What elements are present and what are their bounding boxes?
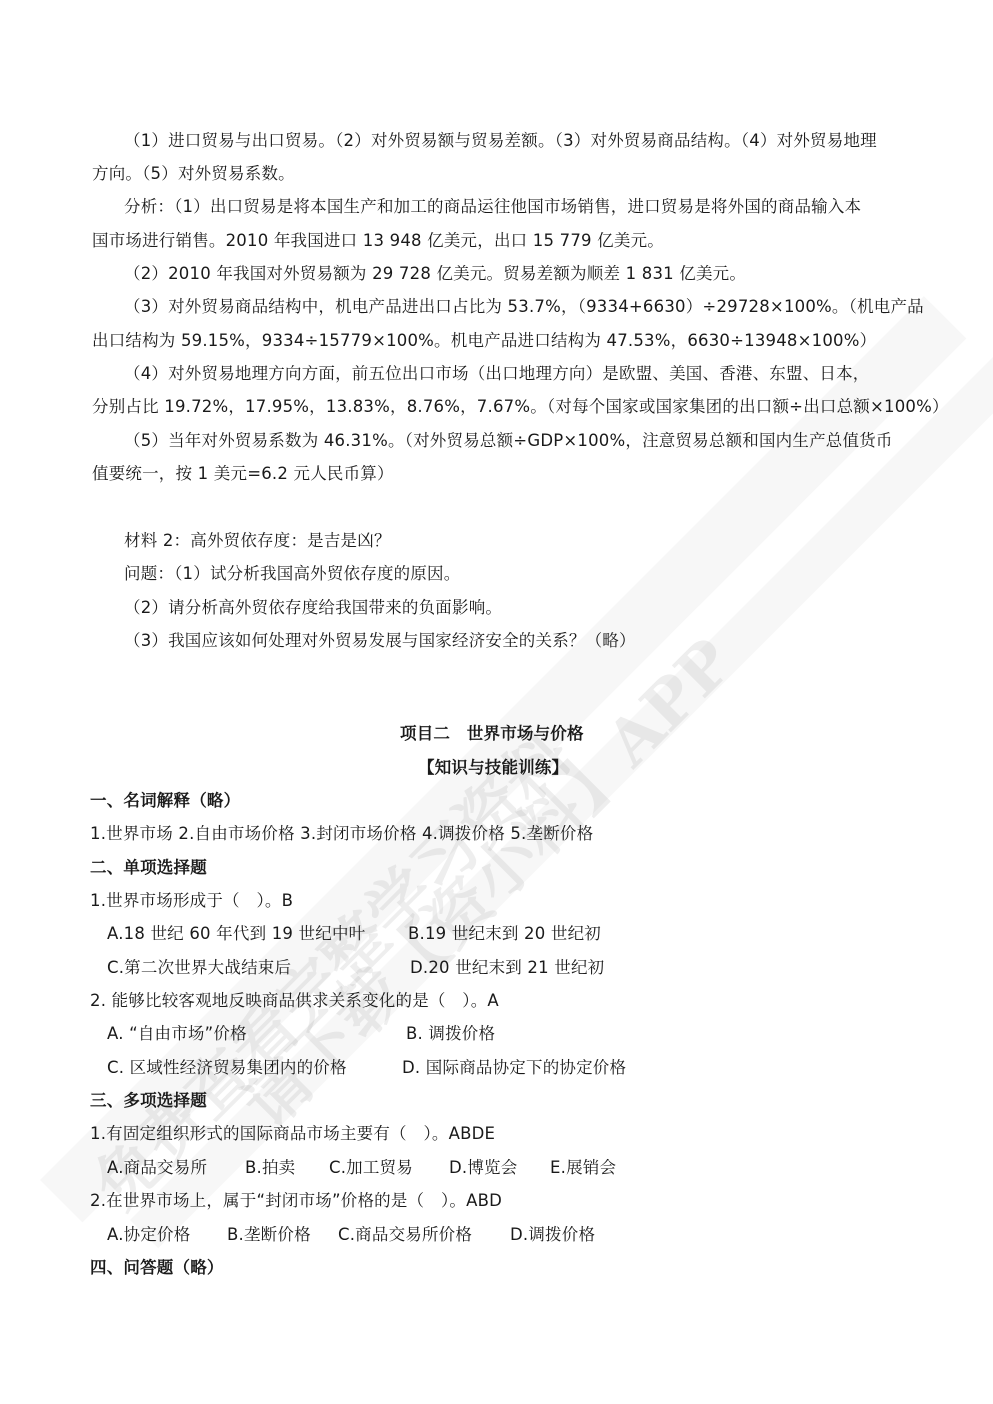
option: B.19 世纪末到 20 世纪初 — [408, 923, 601, 945]
option: A. “自由市场”价格 — [107, 1023, 247, 1045]
analysis-line: 分别占比 19.72%，17.95%，13.83%，8.76%，7.67%。（对… — [92, 396, 949, 418]
project-subtitle: 【知识与技能训练】 — [418, 757, 568, 779]
section-heading: 三、多项选择题 — [90, 1090, 207, 1112]
question-stem: 2.在世界市场上，属于“封闭市场”价格的是（ ）。ABD — [90, 1190, 502, 1212]
answer-line: （1）进口贸易与出口贸易。（2）对外贸易额与贸易差额。（3）对外贸易商品结构。（… — [124, 130, 877, 152]
option: C. 区域性经济贸易集团内的价格 — [107, 1057, 347, 1079]
section-heading: 二、单项选择题 — [90, 857, 207, 879]
material-2-question: （2）请分析高外贸依存度给我国带来的负面影响。 — [124, 597, 502, 619]
option: C.第二次世界大战结束后 — [107, 957, 291, 979]
answer-line: 方向。（5）对外贸易系数。 — [92, 163, 295, 185]
option: A.协定价格 — [107, 1224, 190, 1246]
analysis-line: （3）对外贸易商品结构中，机电产品进出口占比为 53.7%，（9334+6630… — [124, 296, 924, 318]
analysis-line: （5）当年对外贸易系数为 46.31%。（对外贸易总额÷GDP×100%，注意贸… — [124, 430, 893, 452]
analysis-line: （2）2010 年我国对外贸易额为 29 728 亿美元。贸易差额为顺差 1 8… — [124, 263, 746, 285]
document-page: 免费查看完整学习资料 请下载【资小料】APP （1）进口贸易与出口贸易。（2）对… — [0, 0, 993, 1404]
material-2-title: 材料 2：高外贸依存度：是吉是凶？ — [124, 530, 391, 552]
option: D.调拨价格 — [510, 1224, 595, 1246]
option: A.18 世纪 60 年代到 19 世纪中叶 — [107, 923, 365, 945]
option: C.商品交易所价格 — [338, 1224, 472, 1246]
option: B. 调拨价格 — [406, 1023, 495, 1045]
option: D.博览会 — [449, 1157, 517, 1179]
material-2-question: 问题：（1）试分析我国高外贸依存度的原因。 — [124, 563, 460, 585]
analysis-line: 分析：（1）出口贸易是将本国生产和加工的商品运往他国市场销售，进口贸易是将外国的… — [124, 196, 861, 218]
option: E.展销会 — [550, 1157, 616, 1179]
option: B.垄断价格 — [227, 1224, 311, 1246]
question-stem: 2. 能够比较客观地反映商品供求关系变化的是（ ）。A — [90, 990, 499, 1012]
section-heading: 四、问答题（略） — [90, 1257, 224, 1279]
option: B.拍卖 — [245, 1157, 295, 1179]
question-stem: 1.世界市场形成于（ ）。B — [90, 890, 293, 912]
option: A.商品交易所 — [107, 1157, 207, 1179]
section-heading: 一、名词解释（略） — [90, 790, 240, 812]
question-stem: 1.有固定组织形式的国际商品市场主要有（ ）。ABDE — [90, 1123, 495, 1145]
analysis-line: （4）对外贸易地理方向方面，前五位出口市场（出口地理方向）是欧盟、美国、香港、东… — [124, 363, 870, 385]
term-list: 1.世界市场 2.自由市场价格 3.封闭市场价格 4.调拨价格 5.垄断价格 — [90, 823, 593, 845]
analysis-line: 值要统一，按 1 美元=6.2 元人民币算） — [92, 463, 394, 485]
option: D.20 世纪末到 21 世纪初 — [410, 957, 604, 979]
material-2-question: （3）我国应该如何处理对外贸易发展与国家经济安全的关系？（略） — [124, 630, 636, 652]
project-title: 项目二 世界市场与价格 — [400, 723, 584, 745]
option: D. 国际商品协定下的协定价格 — [402, 1057, 626, 1079]
analysis-line: 出口结构为 59.15%，9334÷15779×100%。机电产品进口结构为 4… — [92, 330, 876, 352]
analysis-line: 国市场进行销售。2010 年我国进口 13 948 亿美元，出口 15 779 … — [92, 230, 664, 252]
option: C.加工贸易 — [329, 1157, 413, 1179]
